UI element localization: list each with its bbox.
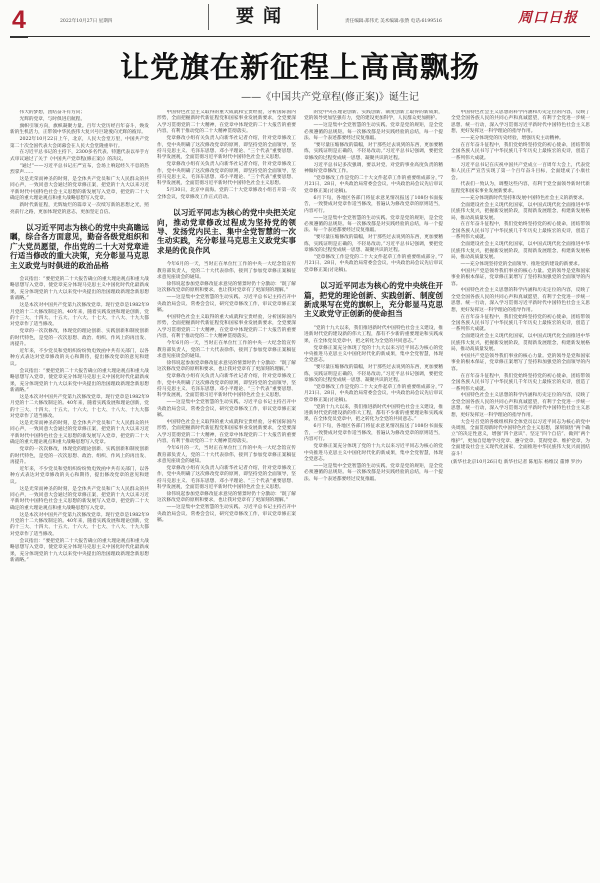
body-paragraph: 党章修改小组有关负责人向新华社记者介绍，针对党章修改工作，党中央明确了这次修改党…: [157, 466, 296, 492]
body-paragraph: 徐伟说起参加党章修改征求意见的情景时仍十分激动：“既了解这次修改党章的原则和要求…: [157, 282, 296, 295]
body-paragraph: ——这是集中全党智慧的生动实践。党章是党的规矩，是全党必须遵循的总规矩。每一次修…: [304, 216, 443, 235]
body-paragraph: 在百年奋斗征程中，我们党始终坚持党的初心使命，团结带领全国各族人民书写了中华民族…: [451, 222, 590, 241]
column-2: 中国特色社会主义取得的重大成就和宝贵经验，分析国际国内形势，全面把握新时代新征程…: [157, 110, 296, 875]
body-paragraph: 在习近平总书记的主持下，2300多名代表、特邀代表以举手方式审议通过了关于《中国…: [10, 150, 149, 163]
body-paragraph: 旗帜引领方向，旗帜凝聚力量。百年大党历经百年奋斗，焕发新的生机活力，正带领中华民…: [10, 124, 149, 137]
body-paragraph: 会议指出：“要把党的二十大报告确立的重大理论观点和重大战略思想写入党章，使党章充…: [10, 369, 149, 395]
body-paragraph: “党章修改工作是党的二十大文件起草工作的重要组成部分，”7月21日、28日，中央…: [304, 176, 443, 195]
section-title: 要闻: [209, 4, 317, 30]
body-paragraph: 中国特色社会主义思想的科学内涵和历史定位的内容，反映了全党全国各族人民的共同心声…: [451, 393, 590, 419]
body-paragraph: “要尽量压缩修改的篇幅，对于那些过去说到的东西，更加要精炼，实践证明是正确的，不…: [304, 365, 443, 384]
body-paragraph: 6月下旬，各地区各部门将征求意见情况报送了108份书面报告，一致赞成对党章作适当…: [304, 424, 443, 443]
body-paragraph: 今年6月的一天，当时正在单位忙工作的中央一大纪念馆宣传教育部负责人，党的二十大代…: [157, 262, 296, 281]
body-paragraph: 的党中央在理论创新、实践创新、制度创新上取得的新成果，党的领导更加坚强有力，党的…: [304, 110, 443, 123]
body-paragraph: 这是光荣而神圣的时刻，是全体共产党员和广大人民群众的共同心声，一致同意大会通过的…: [10, 177, 149, 203]
section-box: 要闻: [208, 4, 318, 30]
body-paragraph: ——这是集中全党智慧的生动实践。习近平总书记主持召开中央政治局会议、常委会会议，…: [157, 295, 296, 314]
body-paragraph: “党的十九大以来，我们推进新时代中国特色社会主义建设，推进新时代党的建设新的伟大…: [304, 405, 443, 424]
body-paragraph: 全面建设社会主义现代化国家，以中国式现代化全面推进中华民族伟大复兴，把握新发展阶…: [451, 334, 590, 353]
body-paragraph: “要尽量压缩修改的篇幅，对于那些过去说到的东西，更加要精炼，实践证明是正确的，不…: [304, 143, 443, 162]
body-paragraph: 这是本次对中国共产党第九次修改党章。现行党章是1982年9月党的十二大修改制定的…: [10, 395, 149, 421]
body-paragraph: 这是本次对中国共产党第九次修改党章。现行党章是1982年9月党的十二大修改制定的…: [10, 513, 149, 539]
body-paragraph: 伟大的梦想，团结奋斗有方向；: [10, 110, 149, 116]
body-paragraph: “党章修改工作是党的二十大文件起草工作的重要组成部分，”7月21日、28日，中央…: [304, 385, 443, 404]
body-paragraph: 中国特色社会主义取得的重大成就和宝贵经验，分析国际国内形势，全面把握新时代新征程…: [157, 110, 296, 136]
body-paragraph: 中国共产党是领导我们事业的核心力量。党的领导是党和国家事业的根本保证，党章修正案…: [451, 354, 590, 373]
body-paragraph: 近年来，不少党员和党组织纷纷致电致函中共有关部门，以各种方式表达对党章修改的关心…: [10, 349, 149, 368]
body-paragraph: “要尽量压缩修改的篇幅，对于那些过去说到的东西，更加要精炼，实践证明是正确的，不…: [304, 235, 443, 254]
body-paragraph: ——这是集中全党智慧的生动实践。习近平总书记主持召开中央政治局会议、常委会会议，…: [157, 400, 296, 419]
editor-credits: 责任编辑:郑伟光 美术编辑:张赞 电话:6199516: [345, 18, 442, 24]
body-paragraph: ——充分体现新时代坚持和发展中国特色社会主义的新要求。: [451, 196, 590, 202]
body-paragraph: 党章修改小组有关负责人向新华社记者介绍，针对党章修改工作，党中央明确了这次修改党…: [157, 374, 296, 400]
body-paragraph: “党章修改工作是党的二十大文件起草工作的重要组成部分，”7月21日、28日，中央…: [304, 255, 443, 274]
header-rule: [10, 36, 590, 37]
article-credit: (新华社北京10月26日电 新华社记者 陈旭东 杨维汉 董博 罗沙): [451, 460, 590, 466]
page-masthead: 4 2022年10月27日 星期四 要闻 责任编辑:郑伟光 美术编辑:张赞 电话…: [0, 0, 600, 38]
issue-date: 2022年10月27日 星期四: [60, 18, 112, 24]
body-paragraph: 今年6月的一天，当时正在单位忙工作的中央一大纪念馆宣传教育部负责人，党的二十大代…: [157, 446, 296, 465]
body-paragraph: “通过”——习近平总书记庄严宣布，会场上响起经久不息的热烈掌声……: [10, 164, 149, 177]
header-rule-accent: [10, 36, 28, 38]
section-subheading: 以习近平同志为核心的党中央高瞻远瞩，综合各方面意见，勤奋各级党组织和广大党员愿望…: [10, 223, 149, 270]
body-paragraph: 全面建设社会主义现代化国家，以中国式现代化全面推进中华民族伟大复兴，把握新发展阶…: [451, 203, 590, 222]
body-paragraph: ——这是集中全党智慧的生动实践。党章是党的规矩，是全党必须遵循的总规矩。每一次修…: [304, 464, 443, 483]
body-paragraph: 新时代新征程，光辉灿烂的篇章又一次续写新的思想之光，照亮前行之路，更加体现党的意…: [10, 203, 149, 216]
body-paragraph: 中国特色社会主义思想的科学内涵和历史定位的内容，反映了全党全国各族人民的共同心声…: [451, 288, 590, 314]
body-paragraph: 全面建设社会主义现代化国家，以中国式现代化全面推进中华民族伟大复兴，把握新发展阶…: [451, 242, 590, 261]
column-1: 伟大的梦想，团结奋斗有方向； 光辉的党章，与时俱进启航程。 旗帜引领方向，旗帜凝…: [10, 110, 149, 875]
closing-paragraph: 大会号召党的各级组织和全体党员以习近平同志为核心的党中央周围，全面贯彻新时代中国…: [451, 420, 590, 458]
body-paragraph: 5月30日，北京中南海。党的二十大党章修改小组召开第一次全体会议，党章修改工作正…: [157, 188, 296, 201]
body-paragraph: 徐伟说起参加党章修改征求意见的情景时仍十分激动：“既了解这次修改党章的原则和要求…: [157, 492, 296, 505]
body-paragraph: 2022年10月22日上午，北京，人民大会堂万里，中国共产党第二十次全国代表大会…: [10, 137, 149, 150]
newspaper-logo: 周口日报: [518, 7, 578, 27]
body-paragraph: 中国特色社会主义取得的重大成就和宝贵经验，分析国际国内形势，全面把握新时代新征程…: [157, 420, 296, 446]
article-headline: 让党旗在新征程上高高飘扬: [0, 45, 600, 86]
body-paragraph: 会议指出：“要把党的二十大报告确立的重大理论观点和重大战略思想写入党章，使党章充…: [10, 277, 149, 303]
page-number: 4: [12, 6, 26, 34]
body-paragraph: 6月下旬，各地区各部门将征求意见情况报送了108份书面报告，一致赞成对党章作适当…: [304, 196, 443, 215]
body-paragraph: 中国特色社会主义取得的重大成就和宝贵经验，分析国际国内形势，全面把握新时代新征程…: [157, 315, 296, 341]
body-paragraph: 这是光荣而神圣的时刻，是全体共产党员和广大人民群众的共同心声，一致同意大会通过的…: [10, 421, 149, 447]
article-subtitle: ——《中国共产党章程(修正案)》诞生记: [0, 88, 600, 103]
body-paragraph: 光辉的党章，与时俱进启航程。: [10, 117, 149, 123]
body-paragraph: 习近平总书记多次强调，要以对党、对党的事业高度负责的精神做好党章修改工作。: [304, 163, 443, 176]
section-subheading: 以习近平同志为核心的党中央把关定向，推动党章修改过程成为坚持党的领导、发扬党内民…: [157, 208, 296, 255]
body-paragraph: 党章修正案充分体现了党的十九大以来习近平同志为核心的党中央推进马克思主义中国化时…: [304, 346, 443, 365]
body-paragraph: 代表们一致认为，调整这些内容，有利于党全面领导新时代新征程党和国家事业发展新要求…: [451, 182, 590, 195]
body-paragraph: ——充分体现坚持党的全面领导、推进党的建设的新要求。: [451, 262, 590, 268]
body-paragraph: 这是本次对中国共产党第九次修改党章。现行党章是1982年9月党的十二大修改制定的…: [10, 303, 149, 329]
column-3: 的党中央在理论创新、实践创新、制度创新上取得的新成果，党的领导更加坚强有力，党的…: [304, 110, 443, 875]
body-paragraph: 党章修改小组有关负责人向新华社记者介绍，针对党章修改工作，党中央明确了这次修改党…: [157, 136, 296, 162]
body-paragraph: 在百年奋斗征程中，我们党始终坚持党的初心使命，团结带领全国各族人民书写了中华民族…: [451, 143, 590, 162]
column-4: 中国特色社会主义思想的科学内涵和历史定位的内容，反映了全党全国各族人民的共同心声…: [451, 110, 590, 875]
body-paragraph: 这是光荣而神圣的时刻，是全体共产党员和广大人民群众的共同心声，一致同意大会通过的…: [10, 487, 149, 513]
body-paragraph: 中国共产党是领导我们事业的核心力量。党的领导是党和国家事业的根本保证，党章修正案…: [451, 269, 590, 288]
body-paragraph: “党的十九大以来，我们推进新时代中国特色社会主义建设，推进新时代党的建设新的伟大…: [304, 326, 443, 345]
body-paragraph: ——这是集中全党智慧的生动实践。习近平总书记主持召开中央政治局会议、常委会会议，…: [157, 505, 296, 524]
body-paragraph: 习近平总书记在庆祝中国共产党成立一百周年大会上，代表党和人民庄严宣告实现了第一个…: [451, 163, 590, 182]
body-paragraph: 党章的一次次修改，体现党的理论创新、实践创新和制度创新的时代特色，是党的一次次思…: [10, 447, 149, 466]
body-paragraph: 会议指出：“要把党的二十大报告确立的重大理论观点和重大战略思想写入党章，使党章充…: [10, 539, 149, 565]
article-body: 伟大的梦想，团结奋斗有方向； 光辉的党章，与时俱进启航程。 旗帜引领方向，旗帜凝…: [10, 110, 590, 875]
body-paragraph: ——这是集中全党智慧的生动实践。党章是党的规矩，是全党必须遵循的总规矩。每一次修…: [304, 123, 443, 142]
body-paragraph: 徐伟说起参加党章修改征求意见的情景时仍十分激动：“既了解这次修改党章的原则和要求…: [157, 361, 296, 374]
body-paragraph: 党章的一次次修改，体现党的理论创新、实践创新和制度创新的时代特色，是党的一次次思…: [10, 329, 149, 348]
body-paragraph: 今年6月的一天，当时正在单位忙工作的中央一大纪念馆宣传教育部负责人，党的二十大代…: [157, 341, 296, 360]
body-paragraph: 近年来，不少党员和党组织纷纷致电致函中共有关部门，以各种方式表达对党章修改的关心…: [10, 467, 149, 486]
body-paragraph: 党章修正案充分体现了党的十九大以来习近平同志为核心的党中央推进马克思主义中国化时…: [304, 444, 443, 463]
section-subheading: 以习近平同志为核心的党中央统住开篇，把党的理论创新、实践创新、制度创新成果写在党…: [304, 281, 443, 319]
body-paragraph: 在百年奋斗征程中，我们党始终坚持党的初心使命，团结带领全国各族人民书写了中华民族…: [451, 374, 590, 393]
body-paragraph: 在百年奋斗征程中，我们党始终坚持党的初心使命，团结带领全国各族人民书写了中华民族…: [451, 315, 590, 334]
body-paragraph: ——充分体现党的历史经验，增强历史主动精神。: [451, 136, 590, 142]
body-paragraph: 中国特色社会主义思想的科学内涵和历史定位的内容，反映了全党全国各族人民的共同心声…: [451, 110, 590, 136]
body-paragraph: 党章修改小组有关负责人向新华社记者介绍，针对党章修改工作，党中央明确了这次修改党…: [157, 162, 296, 188]
